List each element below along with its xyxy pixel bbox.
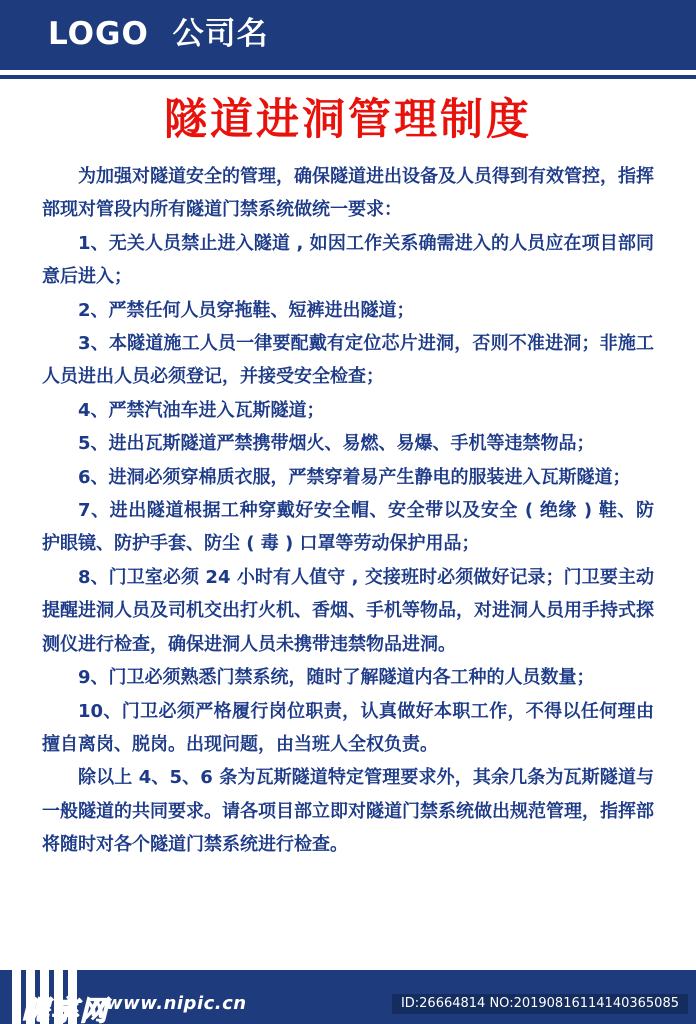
nipic-logo: 昵享网 (22, 989, 109, 1024)
rule-item-6: 6、进洞必须穿棉质衣服，严禁穿着易产生静电的服装进入瓦斯隧道； (42, 461, 654, 494)
poster-page: LOGO 公司名 隧道进洞管理制度 为加强对隧道安全的管理，确保隧道进出设备及人… (0, 0, 696, 1024)
rule-item-3: 3、本隧道施工人员一律要配戴有定位芯片进洞，否则不准进洞；非施工人员进出人员必须… (42, 327, 654, 394)
rule-item-8: 8、门卫室必须 24 小时有人值守 , 交接班时必须做好记录；门卫要主动提醒进洞… (42, 561, 654, 661)
image-id-badge: ID:26664814 NO:20190816114140365085 (392, 994, 688, 1014)
rule-item-1: 1、无关人员禁止进入隧道 , 如因工作关系确需进入的人员应在项目部同意后进入； (42, 227, 654, 294)
brand-logo-text: LOGO 公司名 (48, 0, 269, 68)
site-url-watermark: www.nipic.cn (106, 993, 247, 1014)
header-banner: LOGO 公司名 (0, 0, 696, 70)
rule-item-5: 5、进出瓦斯隧道严禁携带烟火、易燃、易爆、手机等违禁物品； (42, 427, 654, 460)
paragraph-intro: 为加强对隧道安全的管理，确保隧道进出设备及人员得到有效管控，指挥部现对管段内所有… (42, 160, 654, 227)
page-title: 隧道进洞管理制度 (0, 86, 696, 147)
rule-item-9: 9、门卫必须熟悉门禁系统，随时了解隧道内各工种的人员数量； (42, 661, 654, 694)
rule-item-10: 10、门卫必须严格履行岗位职责，认真做好本职工作，不得以任何理由擅自离岗、脱岗。… (42, 695, 654, 762)
footer-bar: 昵享网 www.nipic.cn ID:26664814 NO:20190816… (0, 970, 696, 1024)
rule-item-4: 4、严禁汽油车进入瓦斯隧道； (42, 394, 654, 427)
rules-body: 为加强对隧道安全的管理，确保隧道进出设备及人员得到有效管控，指挥部现对管段内所有… (42, 160, 654, 862)
header-divider-line (0, 75, 696, 79)
paragraph-closing: 除以上 4、5、6 条为瓦斯隧道特定管理要求外，其余几条为瓦斯隧道与一般隧道的共… (42, 761, 654, 861)
rule-item-2: 2、严禁任何人员穿拖鞋、短裤进出隧道； (42, 294, 654, 327)
rule-item-7: 7、进出隧道根据工种穿戴好安全帽、安全带以及安全 ( 绝缘 ) 鞋、防护眼镜、防… (42, 494, 654, 561)
